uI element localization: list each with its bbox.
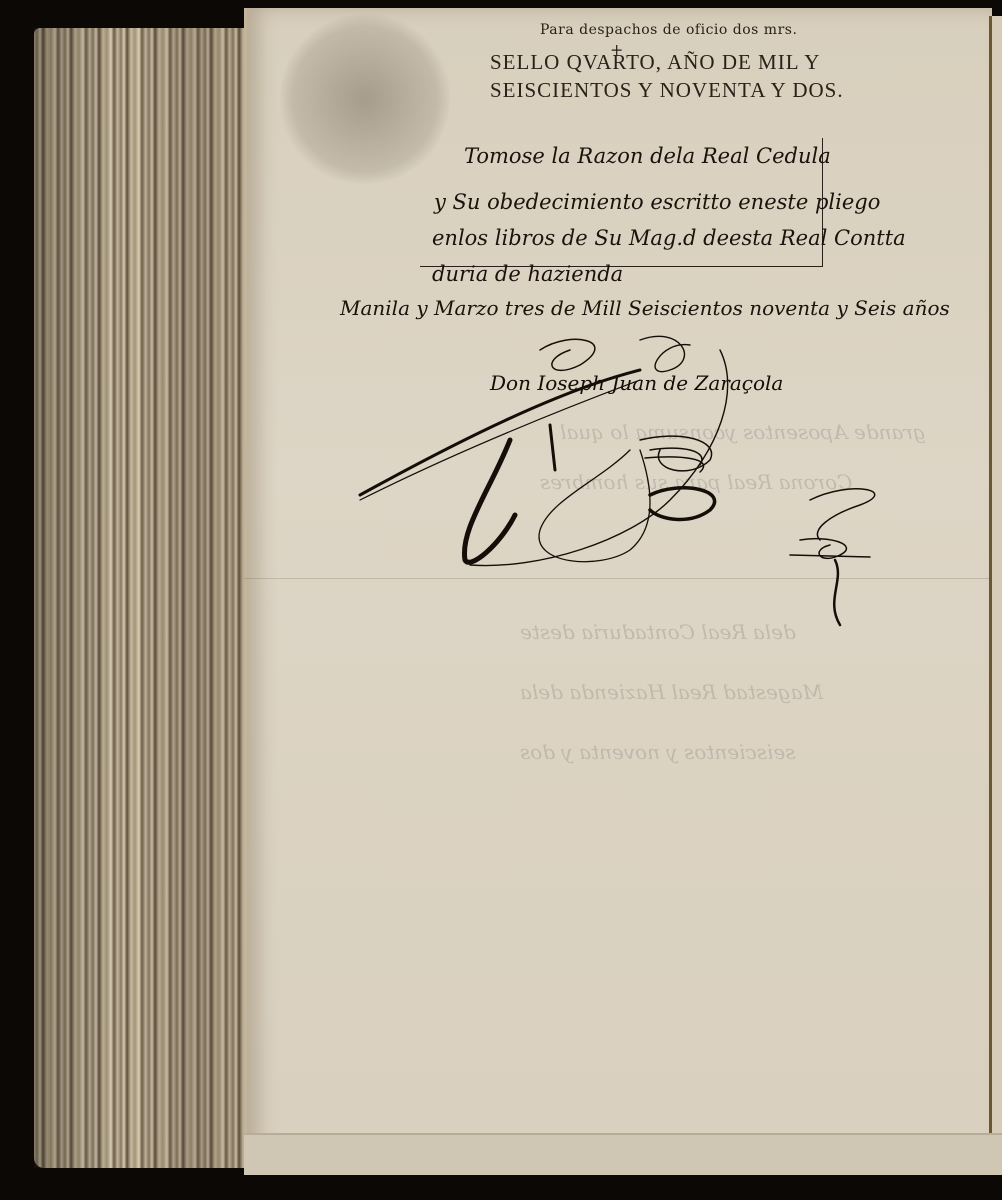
signature-name: Don Ioseph Juan de Zaraçola [489, 371, 783, 395]
page-bottom-edge [244, 1133, 1002, 1175]
stamped-paper-title: SELLO QVARTO, AÑO DE MIL Y SEISCIENTOS Y… [490, 48, 844, 104]
note-line-2: y Su obedecimiento escritto eneste plieg… [434, 190, 880, 214]
stamp-usage-line: Para despachos de oficio dos mrs. [540, 22, 797, 38]
adjacent-page-edge [989, 16, 1002, 1166]
page-stack-edge [34, 28, 264, 1168]
note-line-3: enlos libros de Su Mag.d deesta Real Con… [432, 226, 906, 250]
stamped-title-line-1: SELLO QVARTO, AÑO DE MIL Y [490, 48, 844, 76]
note-line-1: Tomose la Razon dela Real Cedula [464, 144, 831, 168]
bleed-through-text: Magestad Real Hazienda dela [520, 680, 823, 704]
place-date-line: Manila y Marzo tres de Mill Seiscientos … [340, 296, 950, 320]
stamped-title-line-2: SEISCIENTOS Y NOVENTA Y DOS. [490, 76, 844, 104]
bleed-through-text: seiscientos y noventa y dos [520, 740, 795, 764]
note-line-4: duria de hazienda [432, 262, 623, 286]
signature-flourish-icon: Don Ioseph Juan de Zaraçola [340, 330, 900, 630]
